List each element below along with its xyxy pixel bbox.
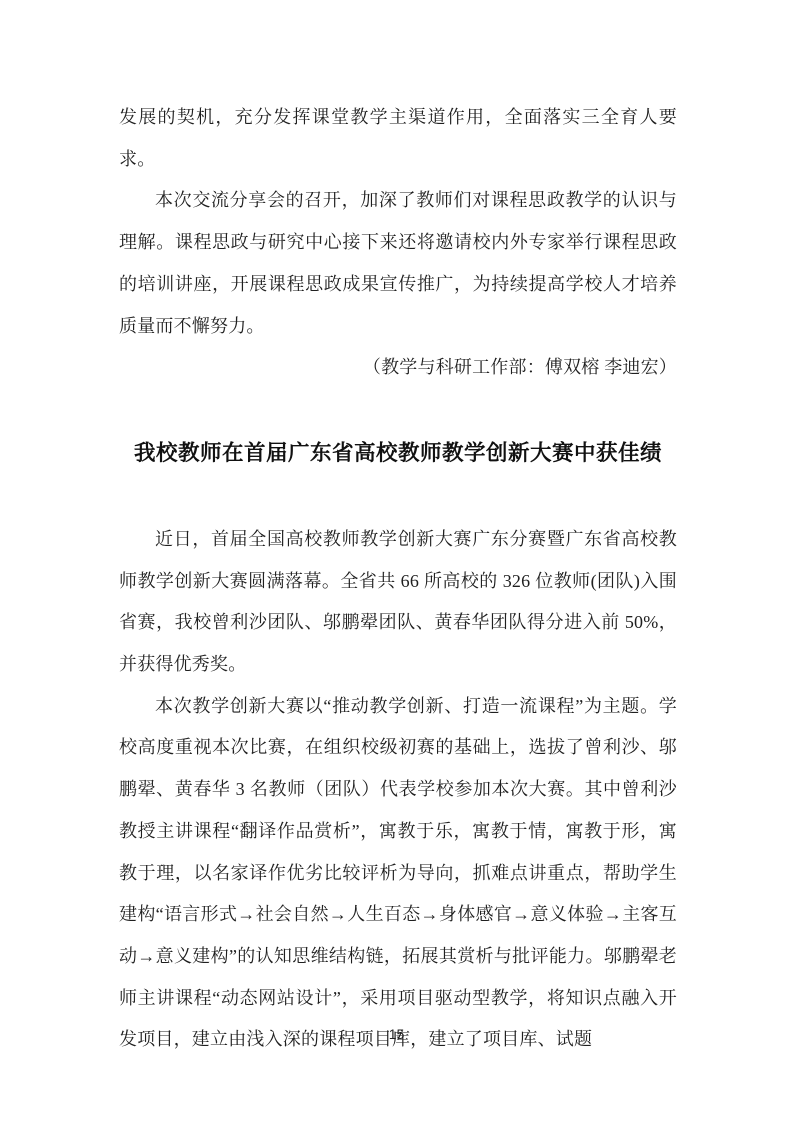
body-paragraph-competition-detail: 本次教学创新大赛以“推动教学创新、打造一流课程”为主题。学校高度重视本次比赛，在… [119, 686, 677, 1061]
body-paragraph-closing-remarks: 本次交流分享会的召开，加深了教师们对课程思政教学的认识与理解。课程思政与研究中心… [119, 180, 677, 347]
byline: （教学与科研工作部：傅双榕 李迪宏） [119, 347, 677, 389]
body-paragraph-competition-overview: 近日，首届全国高校教师教学创新大赛广东分赛暨广东省高校教师教学创新大赛圆满落幕。… [119, 519, 677, 686]
page-number: 15 [0, 1026, 793, 1042]
article-title: 我校教师在首届广东省高校教师教学创新大赛中获佳绩 [119, 432, 677, 474]
document-page: 发展的契机，充分发挥课堂教学主渠道作用，全面落实三全育人要求。 本次交流分享会的… [0, 0, 793, 1122]
document-body: 发展的契机，充分发挥课堂教学主渠道作用，全面落实三全育人要求。 本次交流分享会的… [119, 97, 677, 1061]
body-paragraph-continuation: 发展的契机，充分发挥课堂教学主渠道作用，全面落实三全育人要求。 [119, 97, 677, 180]
